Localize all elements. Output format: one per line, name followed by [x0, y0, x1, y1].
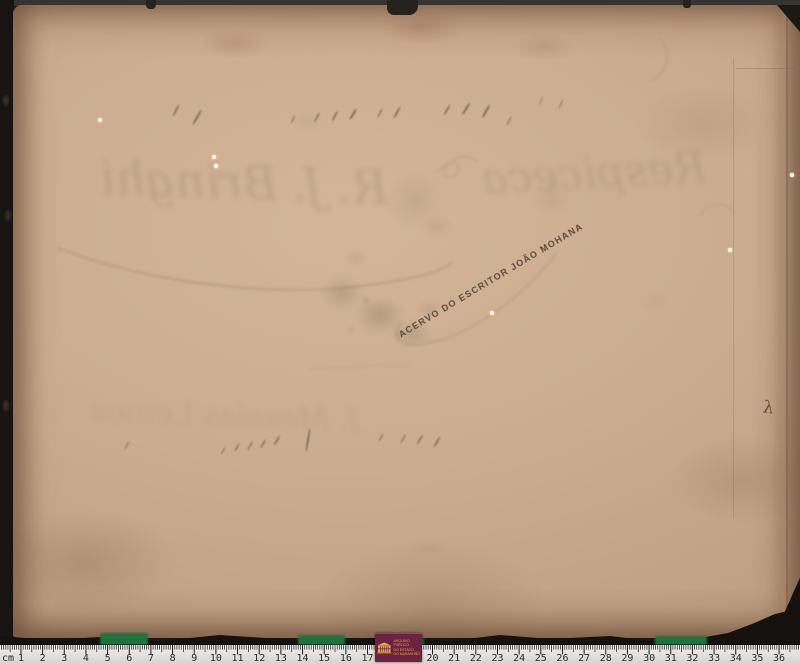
ruler-label: 30: [643, 653, 655, 664]
ink-smudge: [394, 333, 400, 338]
ruler-label: 6: [126, 653, 132, 664]
ruler-label: 21: [448, 653, 460, 664]
ruler-label: 13: [275, 653, 287, 664]
paper-speck: [790, 173, 794, 177]
ruler-label: 32: [686, 653, 698, 664]
ruler-label: 12: [253, 653, 265, 664]
ruler-label: 10: [210, 653, 222, 664]
archive-logo-badge: ARQUIVOPÚBLICODO ESTADODO MARANHÃO: [375, 633, 422, 662]
ruler-label: 22: [470, 653, 482, 664]
paper-speck: [212, 155, 216, 159]
ruler-label: 15: [318, 653, 330, 664]
ruler-label: 16: [340, 653, 352, 664]
archive-logo-text: ARQUIVOPÚBLICODO ESTADODO MARANHÃO: [394, 639, 420, 656]
ink-smudge: [292, 112, 324, 132]
ink-smudge: [345, 250, 367, 266]
ruler-label: 29: [621, 653, 633, 664]
ruler-label: 20: [426, 653, 438, 664]
ruler-label: 14: [297, 653, 309, 664]
ruler-label: 36: [773, 653, 785, 664]
archive-logo-text-line: DO MARANHÃO: [394, 652, 420, 656]
ruler-label: 23: [491, 653, 503, 664]
paper-speck: [214, 164, 218, 168]
paper-speck: [490, 311, 494, 315]
paper-speck: [728, 248, 732, 252]
ink-smudge: [416, 300, 442, 318]
ruler-label: 35: [751, 653, 763, 664]
ruler-label: 9: [191, 653, 197, 664]
ruler-label: 24: [513, 653, 525, 664]
ink-smudge: [362, 297, 369, 303]
archive-building-icon: [377, 639, 392, 657]
ink-smudge: [349, 327, 354, 332]
ink-smudge: [640, 292, 668, 310]
ruler-label: 7: [148, 653, 154, 664]
ruler-label: 4: [83, 653, 89, 664]
ruler-label: 17: [361, 653, 373, 664]
ruler-label: 8: [170, 653, 176, 664]
ink-smudge: [410, 540, 448, 556]
ruler-label: 31: [665, 653, 677, 664]
paper-speck: [98, 118, 102, 122]
ruler-label: 26: [556, 653, 568, 664]
ruler-unit-label: cm: [2, 653, 14, 664]
scanned-document-viewport: R. J. Bringhi Respiceca J. Messias Lemos…: [0, 0, 800, 664]
ink-smudge: [530, 180, 574, 216]
ruler-label: 2: [40, 653, 46, 664]
ruler-label: 27: [578, 653, 590, 664]
ink-smudge: [420, 215, 456, 239]
ruler-label: 28: [600, 653, 612, 664]
ruler-label: 11: [232, 653, 244, 664]
ruler-label: 33: [708, 653, 720, 664]
ruler-label: 5: [105, 653, 111, 664]
ruler-label: 1: [18, 653, 24, 664]
ruler-label: 3: [61, 653, 67, 664]
ruler-label: 25: [535, 653, 547, 664]
ruler-label: 34: [730, 653, 742, 664]
